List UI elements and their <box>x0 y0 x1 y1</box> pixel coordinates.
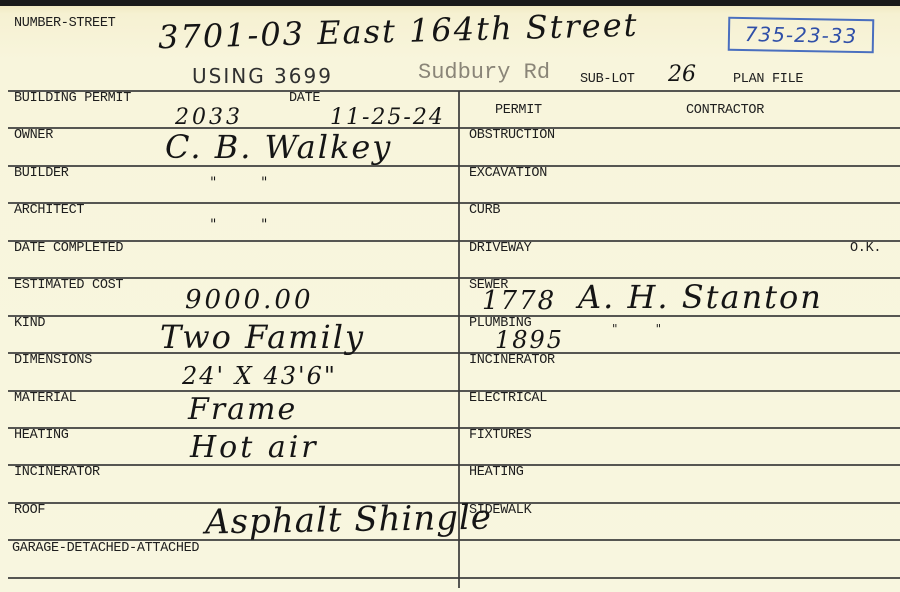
plumbing-permit-value: 1895 <box>495 326 564 354</box>
sub-lot-value: 26 <box>668 62 696 87</box>
divider <box>8 165 900 167</box>
builder-value: " " <box>210 175 267 191</box>
divider <box>8 90 900 92</box>
divider <box>8 202 900 204</box>
lot-number-box: 735-23-33 <box>728 17 875 54</box>
sewer-contractor-value: A. H. Stanton <box>578 278 823 316</box>
card-top-edge <box>0 0 900 6</box>
incinerator-permit-label: INCINERATOR <box>469 354 555 368</box>
kind-label: KIND <box>14 317 45 331</box>
sub-lot-label: SUB-LOT <box>580 73 635 87</box>
roof-label: ROOF <box>14 504 45 518</box>
dimensions-value: 24' X 43'6" <box>182 362 337 390</box>
architect-label: ARCHITECT <box>14 204 84 218</box>
permit-column-header: PERMIT <box>495 104 542 118</box>
kind-value: Two Family <box>160 318 365 356</box>
typed-street: Sudbury Rd <box>418 60 550 85</box>
architect-value: " " <box>210 217 267 233</box>
plumbing-contractor-value: " " <box>612 322 661 336</box>
incinerator-label: INCINERATOR <box>14 466 100 480</box>
owner-value: C. B. Walkey <box>165 128 392 166</box>
number-street-label: NUMBER-STREET <box>14 17 115 31</box>
plan-file-label: PLAN FILE <box>733 73 803 87</box>
heating-value: Hot air <box>190 430 319 465</box>
contractor-column-header: CONTRACTOR <box>686 104 764 118</box>
date-value: 11-25-24 <box>330 105 445 130</box>
estimated-cost-label: ESTIMATED COST <box>14 279 123 293</box>
driveway-note: O.K. <box>850 242 881 256</box>
divider <box>8 240 900 242</box>
garage-label: GARAGE-DETACHED-ATTACHED <box>12 542 199 556</box>
divider <box>8 577 900 579</box>
curb-label: CURB <box>469 204 500 218</box>
electrical-label: ELECTRICAL <box>469 392 547 406</box>
driveway-label: DRIVEWAY <box>469 242 531 256</box>
address-handwritten: 3701-03 East 164th Street <box>158 6 639 57</box>
date-completed-label: DATE COMPLETED <box>14 242 123 256</box>
material-label: MATERIAL <box>14 392 76 406</box>
building-permit-value: 2033 <box>175 105 243 130</box>
date-label: DATE <box>289 92 320 106</box>
excavation-label: EXCAVATION <box>469 167 547 181</box>
dimensions-label: DIMENSIONS <box>14 354 92 368</box>
permit-card: NUMBER-STREET 3701-03 East 164th Street … <box>0 0 900 592</box>
divider <box>8 390 900 392</box>
roof-value: Asphalt Shingle <box>205 497 493 542</box>
heating-label: HEATING <box>14 429 69 443</box>
using-stamp: USING 3699 <box>192 64 333 88</box>
fixtures-label: FIXTURES <box>469 429 531 443</box>
sidewalk-label: SIDEWALK <box>469 504 531 518</box>
sewer-permit-value: 1778 <box>482 286 556 316</box>
estimated-cost-value: 9000.00 <box>185 285 314 315</box>
divider <box>8 464 900 466</box>
building-permit-label: BUILDING PERMIT <box>14 92 131 106</box>
divider <box>8 427 900 429</box>
builder-label: BUILDER <box>14 167 69 181</box>
heating-permit-label: HEATING <box>469 466 524 480</box>
divider <box>8 352 900 354</box>
owner-label: OWNER <box>14 129 53 143</box>
obstruction-label: OBSTRUCTION <box>469 129 555 143</box>
material-value: Frame <box>188 392 297 427</box>
divider <box>8 127 900 129</box>
